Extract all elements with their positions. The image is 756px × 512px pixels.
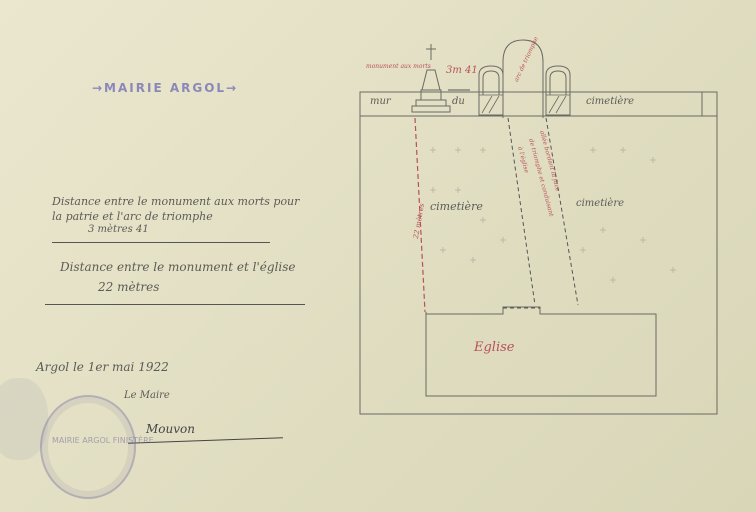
- distance-top-label: 3m 41: [446, 65, 478, 76]
- wall-label-du: du: [452, 96, 465, 107]
- cemetery-right-label: cimetière: [576, 198, 624, 209]
- cemetery-left-label: cimetière: [430, 200, 483, 213]
- archival-document: →MAIRIE ARGOL→ Distance entre le monumen…: [0, 0, 756, 512]
- church-label: Eglise: [474, 340, 515, 355]
- wall-label-mur: mur: [370, 96, 391, 107]
- site-plan-drawing: [0, 0, 756, 512]
- cemetery-boundary: [360, 92, 717, 414]
- wall-label-cimetiere: cimetière: [586, 96, 634, 107]
- monument-label: monument aux morts: [366, 63, 431, 70]
